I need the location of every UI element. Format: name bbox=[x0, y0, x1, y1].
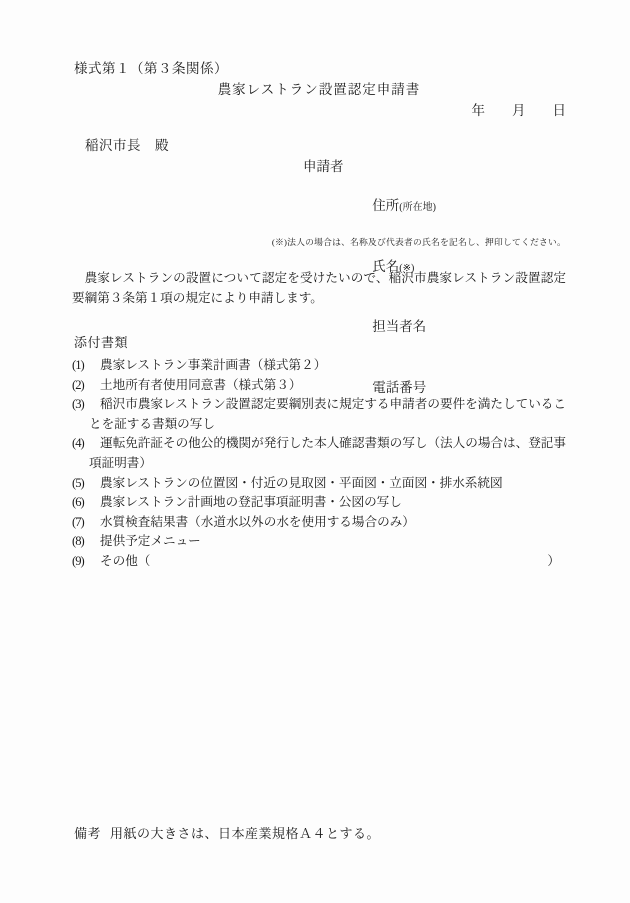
attachment-item: (4)運転免許証その他公的機関が発行した本人確認書類の写し（法人の場合は、登記事… bbox=[72, 434, 566, 473]
application-form-page: 様式第１（第３条関係） 農家レストラン設置認定申請書 年 月 日 稲沢市長 殿 … bbox=[0, 0, 630, 903]
attachment-item-text: その他（ bbox=[100, 554, 150, 568]
document-title: 農家レストラン設置認定申請書 bbox=[72, 78, 566, 98]
field-contact-person-label: 担当者名 bbox=[372, 319, 426, 334]
attachment-item-text: 農家レストラン計画地の登記事項証明書・公図の写し bbox=[100, 495, 402, 509]
addressee: 稲沢市長 殿 bbox=[85, 134, 169, 154]
applicant-row-address: 申請者 住所(所在地) bbox=[303, 157, 436, 237]
attachment-item-number: (8) bbox=[72, 532, 100, 552]
remarks-text: 用紙の大きさは、日本産業規格Ａ４とする。 bbox=[110, 826, 380, 841]
corporation-footnote: (※)法人の場合は、名称及び代表者の氏名を記名し、押印してください。 bbox=[272, 235, 566, 248]
attachment-item: (9)その他（） bbox=[72, 552, 566, 572]
attachments-heading: 添付書類 bbox=[74, 332, 128, 351]
attachment-item: (1)農家レストラン事業計画書（様式第２） bbox=[72, 356, 566, 376]
attachment-item-text: 運転免許証その他公的機関が発行した本人確認書類の写し（法人の場合は、登記事項証明… bbox=[89, 436, 566, 470]
attachment-item-number: (9) bbox=[72, 552, 100, 572]
field-address-label: 住所 bbox=[372, 198, 399, 213]
attachment-item: (3)稲沢市農家レストラン設置認定要綱別表に規定する申請者の要件を満たしているこ… bbox=[72, 395, 566, 434]
attachment-item: (6)農家レストラン計画地の登記事項証明書・公図の写し bbox=[72, 493, 566, 513]
attachment-item: (5)農家レストランの位置図・付近の見取図・平面図・立面図・排水系統図 bbox=[72, 474, 566, 494]
attachment-item-number: (7) bbox=[72, 513, 100, 533]
field-address-note: (所在地) bbox=[399, 202, 436, 213]
attachment-item: (2)土地所有者使用同意書（様式第３） bbox=[72, 376, 566, 396]
remarks: 備考用紙の大きさは、日本産業規格Ａ４とする。 bbox=[74, 823, 380, 842]
form-number-label: 様式第１（第３条関係） bbox=[74, 57, 228, 77]
attachment-item-text: 提供予定メニュー bbox=[100, 534, 201, 548]
attachment-item-number: (4) bbox=[72, 434, 100, 454]
applicant-label: 申請者 bbox=[303, 157, 344, 177]
attachment-item-text: 農家レストラン事業計画書（様式第２） bbox=[100, 358, 326, 372]
attachment-item-number: (1) bbox=[72, 356, 100, 376]
date-line: 年 月 日 bbox=[472, 99, 567, 119]
attachment-item-number: (3) bbox=[72, 395, 100, 415]
attachment-item-number: (2) bbox=[72, 376, 100, 396]
remarks-label: 備考 bbox=[74, 823, 101, 842]
attachment-item: (7)水質検査結果書（水道水以外の水を使用する場合のみ） bbox=[72, 513, 566, 533]
attachment-item: (8)提供予定メニュー bbox=[72, 532, 566, 552]
request-statement: 農家レストランの設置について認定を受けたいので、稲沢市農家レストラン設置認定要綱… bbox=[72, 268, 566, 309]
attachments-list: (1)農家レストラン事業計画書（様式第２） (2)土地所有者使用同意書（様式第３… bbox=[72, 356, 566, 572]
attachment-item-text: 水質検査結果書（水道水以外の水を使用する場合のみ） bbox=[100, 515, 415, 529]
attachment-item-text: 稲沢市農家レストラン設置認定要綱別表に規定する申請者の要件を満たしていることを証… bbox=[89, 397, 566, 431]
attachment-item-number: (5) bbox=[72, 474, 100, 494]
attachment-item-text: 土地所有者使用同意書（様式第３） bbox=[100, 378, 302, 392]
attachment-item-text: 農家レストランの位置図・付近の見取図・平面図・立面図・排水系統図 bbox=[100, 476, 503, 490]
attachment-item-number: (6) bbox=[72, 493, 100, 513]
attachment-item-tail: ） bbox=[547, 552, 560, 572]
